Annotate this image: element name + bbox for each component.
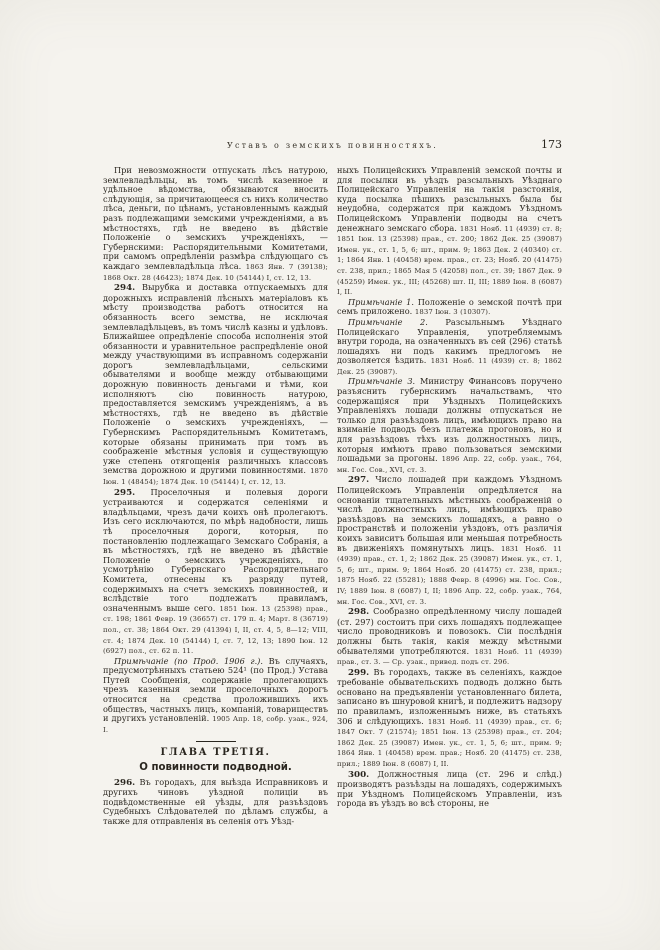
article-294: 294. Вырубка и доставка отпускаемыхъ для… (103, 283, 328, 487)
article-number: 300. (348, 770, 369, 780)
article-body: Въ городахъ, для выѣзда Исправниковъ и д… (103, 777, 328, 826)
article-body: ныхъ Полицейскихъ Управленій земской поч… (337, 165, 562, 233)
article-number: 299. (348, 668, 369, 678)
article-number: 295. (114, 488, 135, 498)
article-number: 298. (348, 607, 369, 617)
chapter-title: ГЛАВА ТРЕТІЯ. (103, 748, 328, 758)
note-body: Министру Финансовъ поручено разъяснить г… (337, 376, 562, 463)
article-number: 294. (114, 283, 135, 293)
chapter-subtitle: О повинности подводной. (103, 763, 328, 773)
article-citation: 1831 Нояб. 11 (4939) ст. 8; 1851 Іюн. 13… (337, 225, 562, 297)
left-column: При невозможности отпускать лѣсъ натурою… (103, 166, 328, 827)
note-label: Примѣчаніе 2. (348, 317, 428, 327)
article-body: Проселочныя и полевыя дороги устраиваютс… (103, 487, 328, 613)
running-head: Уставъ о земскихъ повинностяхъ. (103, 141, 562, 150)
right-column: ныхъ Полицейскихъ Управленій земской поч… (337, 166, 562, 827)
article-293-continuation: При невозможности отпускать лѣсъ натурою… (103, 166, 328, 283)
article-299: 299. Въ городахъ, также въ селеніяхъ, ка… (337, 668, 562, 770)
section-divider (196, 741, 236, 742)
article-citation: 1831 Нояб. 11 (4939) прав., ст. 1, 2; 18… (337, 545, 562, 606)
note-citation: 1837 Іюн. 3 (10307). (415, 308, 490, 316)
article-298: 298. Сообразно опредѣленному числу лошад… (337, 607, 562, 668)
note-label: Примѣчаніе 3. (348, 376, 415, 386)
article-297: 297. Число лошадей при каждомъ Уѣздномъ … (337, 475, 562, 607)
text-block: При невозможности отпускать лѣсъ натурою… (103, 166, 562, 827)
article-300: 300. Должностныя лица (ст. 296 и слѣд.) … (337, 770, 562, 809)
article-body: Должностныя лица (ст. 296 и слѣд.) произ… (337, 769, 562, 809)
article-number: 296. (114, 778, 135, 788)
note-label: Примѣчаніе 1. (348, 297, 414, 307)
note-to-article-295: Примѣчаніе (по Прод. 1906 г.). Въ случая… (103, 657, 328, 736)
note-3: Примѣчаніе 3. Министру Финансовъ поручен… (337, 377, 562, 475)
article-body: При невозможности отпускать лѣсъ натурою… (103, 165, 328, 271)
note-1: Примѣчаніе 1. Положеніе о земской почтѣ … (337, 298, 562, 318)
article-295: 295. Проселочныя и полевыя дороги устраи… (103, 488, 328, 657)
article-body: Вырубка и доставка отпускаемыхъ для доро… (103, 282, 328, 475)
note-body: Въ случаяхъ, предусмотрѣнныхъ статьею 52… (103, 656, 328, 724)
scanned-book-page: Уставъ о земскихъ повинностяхъ. 173 При … (0, 0, 660, 950)
note-label: Примѣчаніе (по Прод. 1906 г.). (114, 656, 263, 666)
article-number: 297. (348, 475, 369, 485)
article-296-continuation: ныхъ Полицейскихъ Управленій земской поч… (337, 166, 562, 298)
article-296: 296. Въ городахъ, для выѣзда Исправников… (103, 778, 328, 827)
note-2: Примѣчаніе 2. Разсыльнымъ Уѣзднаго Полиц… (337, 318, 562, 378)
page-number: 173 (527, 138, 562, 151)
article-body: Число лошадей при каждомъ Уѣздномъ Полиц… (337, 474, 562, 552)
